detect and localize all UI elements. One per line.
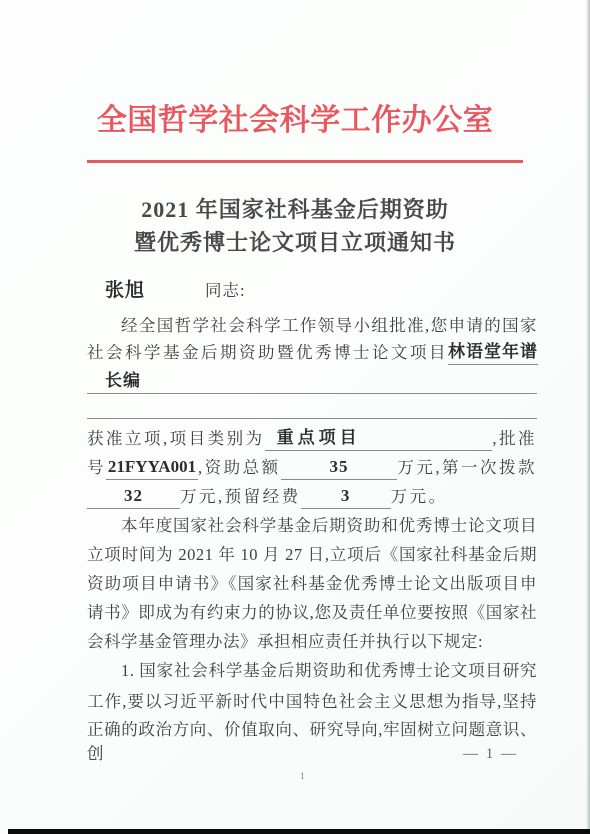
paragraph3-line5: 会科学基金管理办法》承担相应责任并执行以下规定: (87, 630, 537, 654)
scan-edge-right (586, 0, 590, 834)
paragraph2-line1: 获准立项,项目类别为 重点项目 ,批准 (87, 427, 537, 451)
project-name-continued-fill: 长编 (87, 369, 537, 394)
approval-number-fill: 21FYYA001 (106, 455, 198, 480)
total-funding-label: ,资助总额 (198, 456, 281, 480)
paragraph4-line1: 1. 国家社会科学基金后期资助和优秀博士论文项目研究 (87, 659, 537, 683)
project-intro-text: 社会科学基金后期资助暨优秀博士论文项目 (87, 341, 448, 365)
paragraph3-line4: 请书》即成为有约束力的协议,您及责任单位要按照《国家社 (87, 601, 537, 625)
reserved-funds-fill: 3 (301, 484, 391, 509)
paragraph4-line3: 正确的政治方向、价值取向、研究导向,牢固树立问题意识、创 (87, 718, 537, 742)
paragraph3-line2: 立项时间为 2021 年 10 月 27 日,立项后《国家社科基金后期 (87, 543, 537, 567)
scan-edge-bottom (8, 829, 590, 834)
paragraph1-line2: 社会科学基金后期资助暨优秀博士论文项目 林语堂年谱 (87, 341, 537, 365)
approval-number-label: 号 (87, 456, 106, 480)
reserved-funds-label: 万元,预留经费 (180, 485, 301, 509)
first-payment-fill: 32 (87, 484, 180, 509)
salutation-line: 张旭 同志: (87, 279, 537, 303)
page-number-small: 1 (300, 771, 305, 781)
salutation-suffix: 同志: (205, 279, 246, 303)
paragraph3-line1: 本年度国家社会科学基金后期资助和优秀博士论文项目 (87, 514, 537, 538)
paragraph3-line3: 资助项目申请书》《国家社科基金优秀博士论文出版项目申 (87, 572, 537, 596)
paragraph1-line3: 长编 (87, 370, 537, 394)
unit-suffix-text: 万元。 (391, 485, 448, 509)
paragraph2-line3: 32 万元,预留经费 3 万元。 (87, 485, 537, 509)
paragraph2-line2: 号 21FYYA001 ,资助总额 35 万元,第一次拨款 (87, 456, 537, 480)
recipient-name: 张旭 (105, 279, 145, 303)
project-category-fill: 重点项目 (265, 426, 493, 451)
page-number-dashed: — 1 — (463, 746, 518, 763)
paragraph1-line1: 经全国哲学社会科学工作领导小组批准,您申请的国家 (87, 314, 537, 338)
approval-suffix-text: ,批准 (492, 427, 537, 451)
body-text-column: 张旭 同志: 经全国哲学社会科学工作领导小组批准,您申请的国家 社会科学基金后期… (87, 0, 537, 834)
paragraph4-line2: 工作,要以习近平新时代中国特色社会主义思想为指导,坚持 (87, 690, 537, 714)
total-funding-fill: 35 (281, 455, 398, 480)
first-payment-label: 万元,第一次拨款 (397, 456, 537, 480)
approval-category-text: 获准立项,项目类别为 (87, 427, 265, 451)
project-name-fill: 林语堂年谱 (448, 340, 538, 365)
blank-underline-row (87, 395, 537, 419)
empty-fill-line (87, 418, 537, 419)
scanned-notice-page: 全国哲学社会科学工作办公室 2021 年国家社科基金后期资助 暨优秀博士论文项目… (0, 0, 590, 834)
